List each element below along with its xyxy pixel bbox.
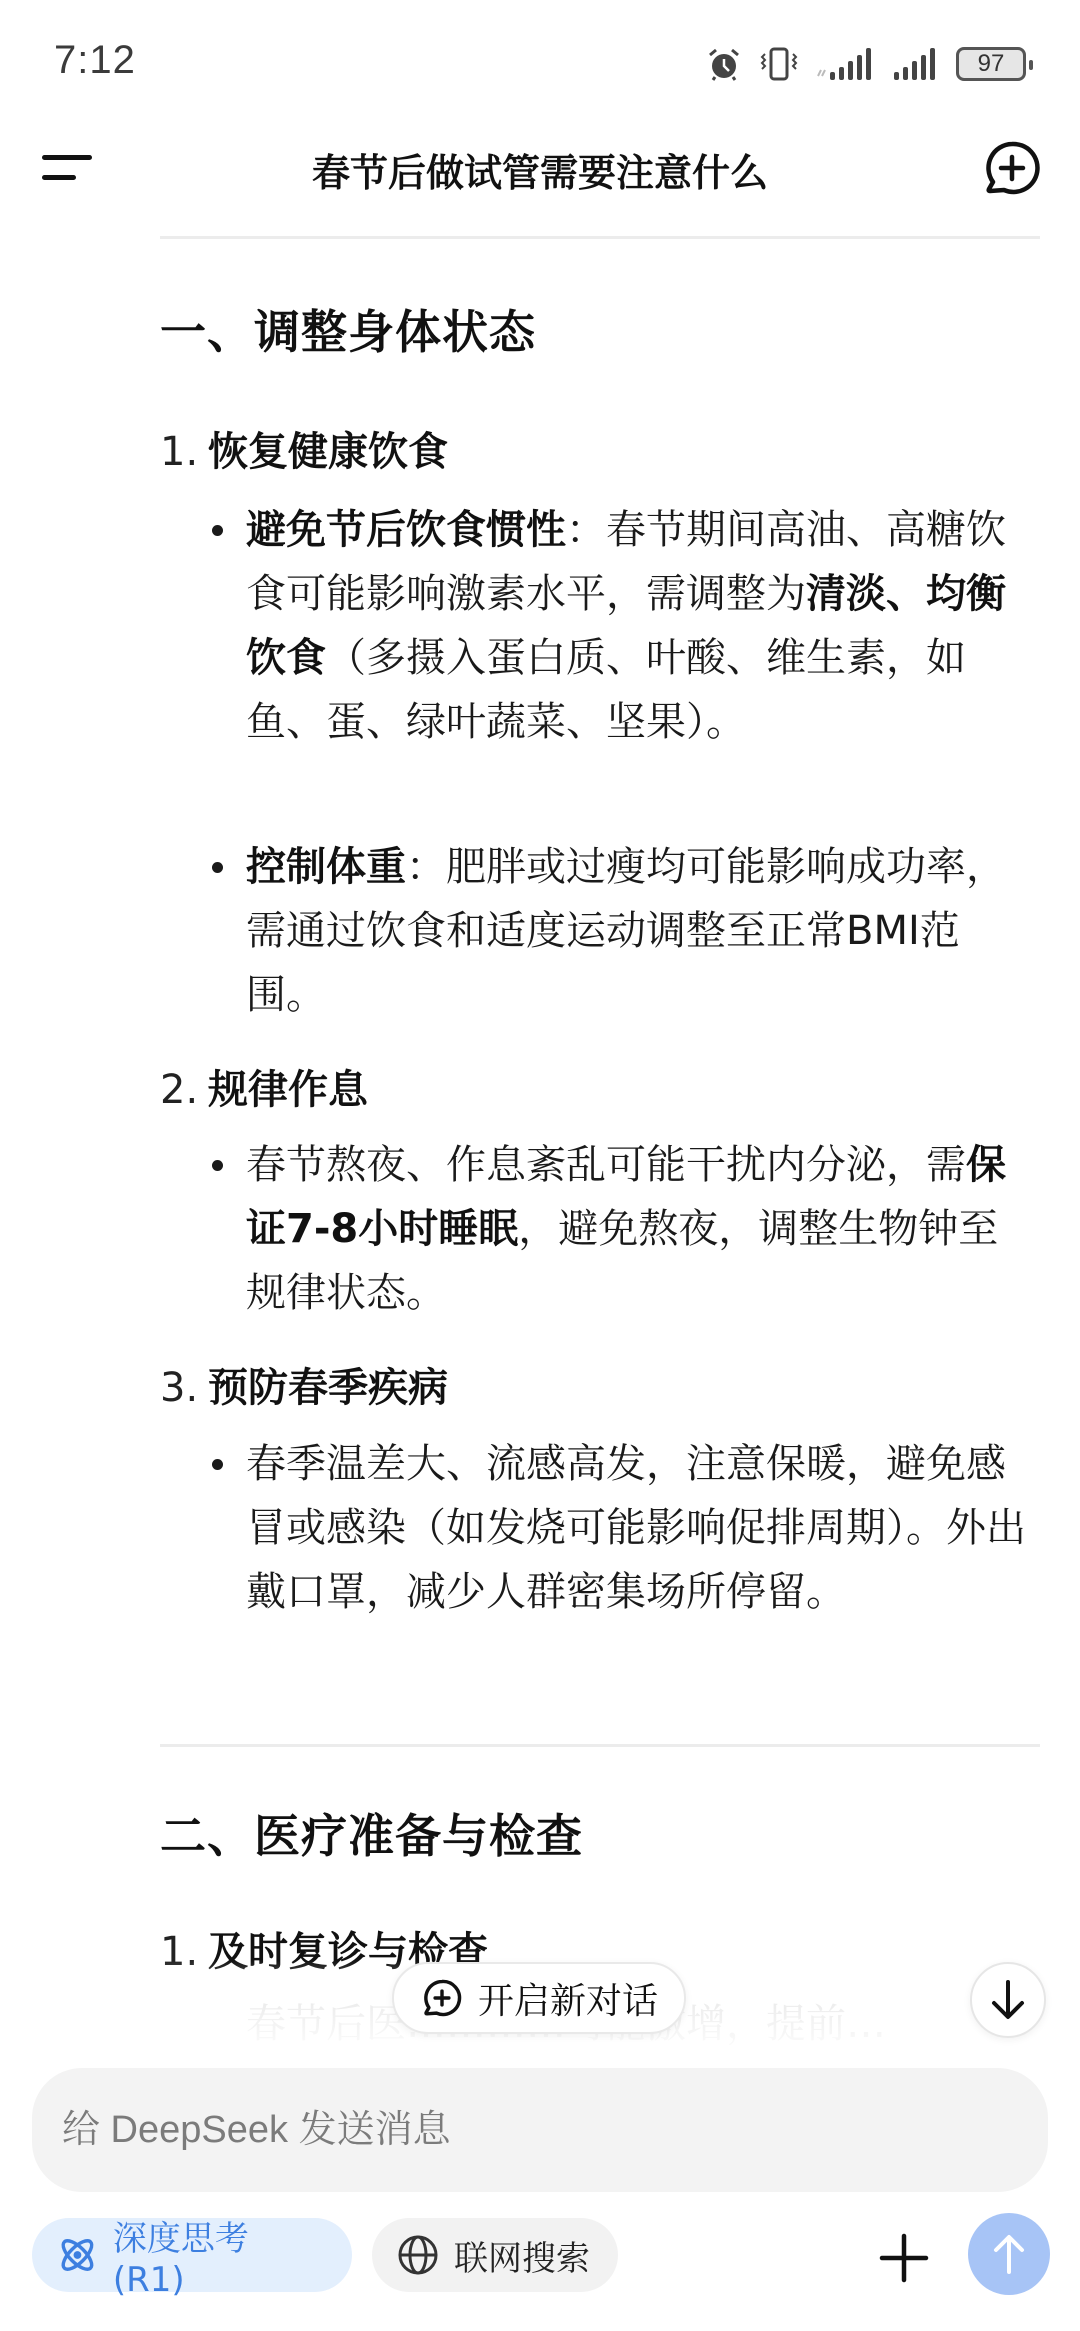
menu-button[interactable] (30, 138, 102, 198)
bullet-item: 春节熬夜、作息紊乱可能干扰内分泌，需保证7-8小时睡眠，避免熬夜，调整生物钟至规… (246, 1133, 1026, 1325)
signal-icon (816, 46, 878, 82)
alarm-icon (706, 46, 742, 82)
item-number: 2. (160, 1067, 208, 1113)
web-search-toggle[interactable]: 联网搜索 (372, 2218, 618, 2292)
plus-icon (876, 2230, 932, 2286)
battery-indicator: 97 (956, 47, 1026, 81)
attach-button[interactable] (876, 2230, 932, 2286)
arrow-down-icon (988, 1978, 1028, 2022)
bullet-dot (212, 862, 223, 873)
item-title: 预防春季疾病 (208, 1365, 448, 1411)
bullet-dot (212, 525, 223, 536)
vibrate-icon (758, 46, 800, 82)
numbered-item-title: 1.恢复健康饮食 (160, 420, 448, 477)
new-chat-label: 开启新对话 (478, 1973, 658, 2024)
numbered-item-title: 2.规律作息 (160, 1058, 368, 1115)
deep-think-toggle[interactable]: 深度思考 (R1) (32, 2218, 352, 2292)
new-chat-icon (420, 1976, 464, 2020)
new-chat-pill-button[interactable]: 开启新对话 (392, 1962, 686, 2034)
new-chat-button[interactable] (980, 136, 1044, 200)
scroll-to-bottom-button[interactable] (970, 1962, 1046, 2038)
send-button[interactable] (968, 2213, 1050, 2295)
globe-icon (396, 2233, 440, 2277)
divider (160, 236, 1040, 239)
bullet-item: 春季温差大、流感高发，注意保暖，避免感冒或感染（如发烧可能影响促排周期）。外出戴… (246, 1432, 1026, 1624)
item-number: 3. (160, 1365, 208, 1411)
bullet-dot (212, 1160, 223, 1171)
divider (160, 1744, 1040, 1747)
atom-icon (56, 2233, 99, 2277)
numbered-item-title: 3.预防春季疾病 (160, 1356, 448, 1413)
web-search-label: 联网搜索 (454, 2231, 590, 2280)
new-chat-icon (980, 136, 1044, 200)
bullet-dot (212, 1459, 223, 1470)
item-title: 恢复健康饮食 (208, 429, 448, 475)
section-heading: 二、医疗准备与检查 (160, 1800, 583, 1866)
status-bar: 7:12 97 (0, 0, 1080, 110)
item-number: 1. (160, 429, 208, 475)
input-toolbar: 深度思考 (R1) 联网搜索 (0, 2210, 1080, 2300)
menu-icon (42, 155, 92, 160)
bullet-item: 避免节后饮食惯性：春节期间高油、高糖饮食可能影响激素水平，需调整为清淡、均衡饮食… (246, 498, 1026, 754)
app-header: 春节后做试管需要注意什么 (0, 120, 1080, 216)
message-input[interactable] (62, 2068, 1012, 2192)
conversation-title: 春节后做试管需要注意什么 (180, 142, 900, 197)
status-icons: 97 (706, 44, 1026, 84)
bullet-item: 控制体重：肥胖或过瘦均可能影响成功率，需通过饮食和适度运动调整至正常BMI范围。 (246, 835, 1026, 1027)
message-input-container (32, 2068, 1048, 2192)
bold-text: 控制体重 (246, 844, 406, 890)
menu-icon-line (42, 175, 76, 180)
arrow-up-icon (989, 2232, 1029, 2276)
signal-icon (894, 46, 940, 82)
status-time: 7:12 (54, 38, 136, 83)
text: 春季温差大、流感高发，注意保暖，避免感冒或感染（如发烧可能影响促排周期）。外出戴… (246, 1441, 1026, 1615)
section-heading: 一、调整身体状态 (160, 296, 536, 362)
item-title: 规律作息 (208, 1067, 368, 1113)
text: 春节熬夜、作息紊乱可能干扰内分泌，需 (246, 1142, 966, 1188)
deep-think-label: 深度思考 (R1) (113, 2211, 326, 2300)
bold-text: 避免节后饮食惯性 (246, 507, 566, 553)
text: （多摄入蛋白质、叶酸、维生素，如鱼、蛋、绿叶蔬菜、坚果）。 (246, 635, 966, 745)
